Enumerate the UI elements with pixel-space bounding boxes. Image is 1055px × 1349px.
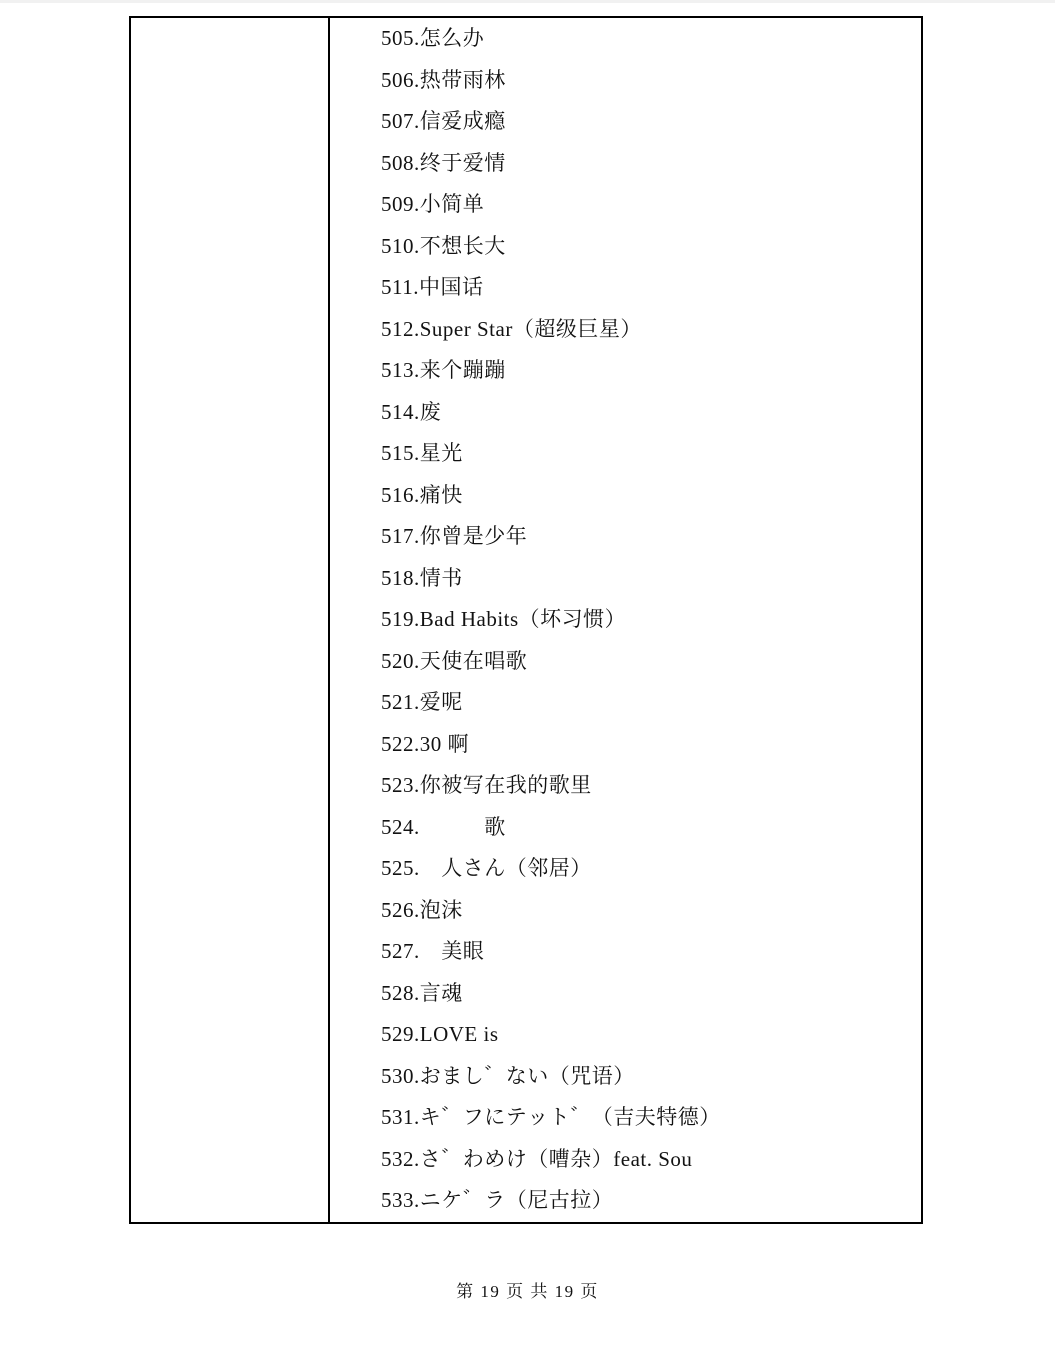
song-title: キ゛フにテット゛（吉夫特德）: [420, 1107, 721, 1128]
song-number: 506.: [381, 70, 420, 91]
song-number: 523.: [381, 775, 420, 796]
song-title: ニケ゛ラ（尼古拉）: [420, 1190, 614, 1211]
song-number: 524.: [381, 817, 420, 838]
song-number: 520.: [381, 651, 420, 672]
list-item: 518.情书: [381, 558, 921, 600]
song-number: 532.: [381, 1149, 420, 1170]
song-number: 515.: [381, 443, 420, 464]
list-item: 532.さ゛わめけ（嘈杂）feat. Sou: [381, 1139, 921, 1181]
list-item: 521.爱呢: [381, 682, 921, 724]
song-title: 星光: [420, 443, 463, 464]
song-title: おまし゛ない（咒语）: [420, 1066, 635, 1087]
song-title: 废: [420, 402, 442, 423]
list-item: 522.30 啊: [381, 724, 921, 766]
list-item: 531.キ゛フにテット゛（吉夫特德）: [381, 1097, 921, 1139]
song-number: 511.: [381, 277, 419, 298]
song-title: 痛快: [420, 485, 463, 506]
song-number: 512.: [381, 319, 420, 340]
song-number: 528.: [381, 983, 420, 1004]
table-left-empty-cell: [131, 18, 330, 1222]
song-number: 514.: [381, 402, 420, 423]
list-item: 530.おまし゛ない（咒语）: [381, 1056, 921, 1098]
song-title: 你被写在我的歌里: [420, 775, 592, 796]
song-number: 509.: [381, 194, 420, 215]
page-number-footer: 第 19 页 共 19 页: [0, 1277, 1055, 1302]
song-number: 518.: [381, 568, 420, 589]
song-list-cell: 505.怎么办506.热带雨林507.信爱成瘾508.终于爱情509.小简单51…: [330, 18, 921, 1222]
song-number: 533.: [381, 1190, 420, 1211]
song-title: 爱呢: [420, 692, 463, 713]
song-number: 530.: [381, 1066, 420, 1087]
list-item: 529.LOVE is: [381, 1014, 921, 1056]
song-number: 505.: [381, 28, 420, 49]
list-item: 519.Bad Habits（坏习惯）: [381, 599, 921, 641]
song-title: 热带雨林: [420, 70, 506, 91]
document-table: 505.怎么办506.热带雨林507.信爱成瘾508.终于爱情509.小简单51…: [129, 16, 923, 1224]
song-title: 天使在唱歌: [420, 651, 528, 672]
list-item: 524. 歌: [381, 807, 921, 849]
song-number: 522.: [381, 734, 420, 755]
list-item: 520.天使在唱歌: [381, 641, 921, 683]
song-number: 531.: [381, 1107, 420, 1128]
song-number: 516.: [381, 485, 420, 506]
list-item: 513.来个蹦蹦: [381, 350, 921, 392]
document-page: { "colors": { "background": "#ffffff", "…: [0, 0, 1055, 1349]
list-item: 509.小简单: [381, 184, 921, 226]
song-number: 529.: [381, 1024, 420, 1045]
song-title: Super Star（超级巨星）: [420, 319, 642, 340]
list-item: 533.ニケ゛ラ（尼古拉）: [381, 1180, 921, 1222]
song-title: 人さん（邻居）: [420, 858, 592, 879]
song-number: 513.: [381, 360, 420, 381]
list-item: 505.怎么办: [381, 18, 921, 60]
list-item: 511.中国话: [381, 267, 921, 309]
list-item: 525. 人さん（邻居）: [381, 848, 921, 890]
list-item: 510.不想长大: [381, 226, 921, 268]
list-item: 514.废: [381, 392, 921, 434]
list-item: 528.言魂: [381, 973, 921, 1015]
song-title: 泡沫: [420, 900, 463, 921]
song-title: LOVE is: [420, 1024, 499, 1045]
list-item: 507.信爱成瘾: [381, 101, 921, 143]
list-item: 527. 美眼: [381, 931, 921, 973]
song-number: 521.: [381, 692, 420, 713]
list-item: 523.你被写在我的歌里: [381, 765, 921, 807]
song-title: さ゛わめけ（嘈杂）feat. Sou: [420, 1149, 693, 1170]
list-item: 517.你曾是少年: [381, 516, 921, 558]
song-title: Bad Habits（坏习惯）: [420, 609, 626, 630]
song-title: 美眼: [420, 941, 485, 962]
song-title: 歌: [420, 817, 506, 838]
song-title: 中国话: [419, 277, 484, 298]
song-number: 507.: [381, 111, 420, 132]
song-title: 来个蹦蹦: [420, 360, 506, 381]
song-number: 519.: [381, 609, 420, 630]
song-title: 怎么办: [420, 28, 485, 49]
list-item: 516.痛快: [381, 475, 921, 517]
song-title: 30 啊: [420, 734, 469, 755]
song-title: 不想长大: [420, 236, 506, 257]
song-number: 508.: [381, 153, 420, 174]
song-title: 情书: [420, 568, 463, 589]
song-number: 525.: [381, 858, 420, 879]
song-number: 527.: [381, 941, 420, 962]
song-number: 526.: [381, 900, 420, 921]
song-title: 小简单: [420, 194, 485, 215]
song-title: 终于爱情: [420, 153, 506, 174]
song-number: 517.: [381, 526, 420, 547]
song-title: 信爱成瘾: [420, 111, 506, 132]
list-item: 515.星光: [381, 433, 921, 475]
list-item: 506.热带雨林: [381, 60, 921, 102]
page-top-strip: [0, 0, 1055, 3]
song-title: 你曾是少年: [420, 526, 528, 547]
list-item: 526.泡沫: [381, 890, 921, 932]
list-item: 512.Super Star（超级巨星）: [381, 309, 921, 351]
song-number: 510.: [381, 236, 420, 257]
list-item: 508.终于爱情: [381, 143, 921, 185]
song-title: 言魂: [420, 983, 463, 1004]
